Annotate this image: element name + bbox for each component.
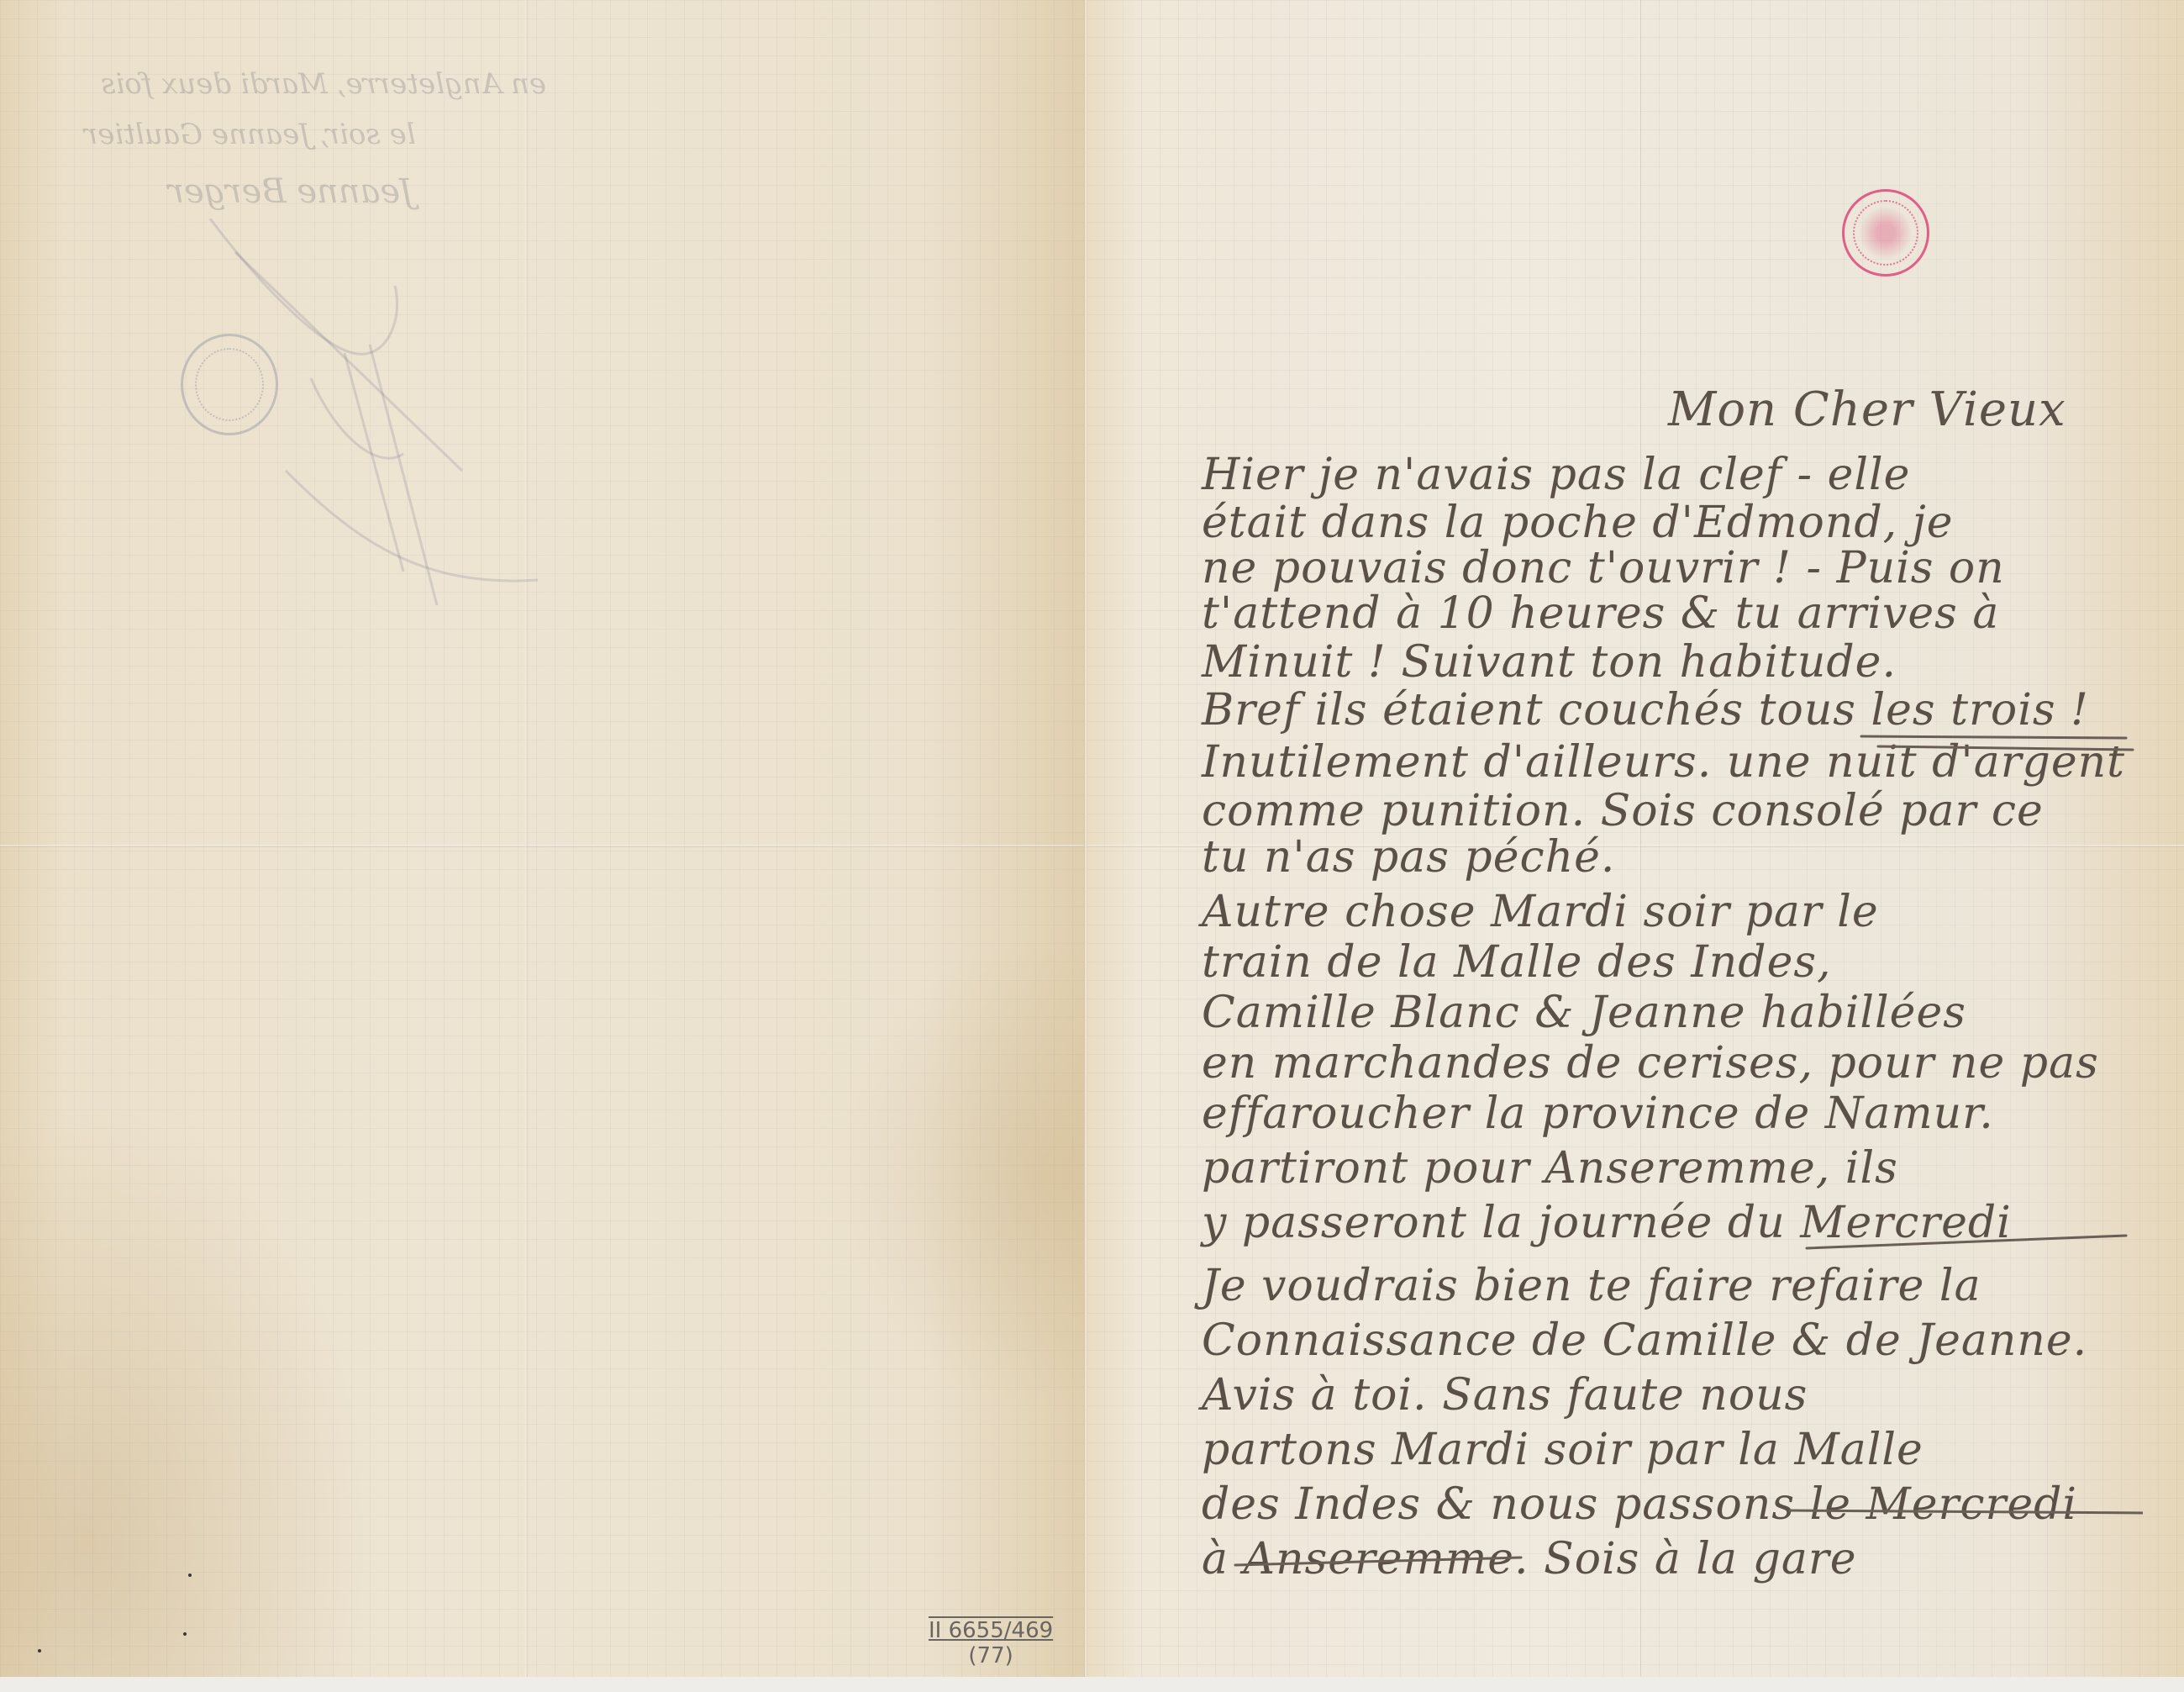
library-stamp-blue — [181, 334, 278, 435]
archive-number: II 6655/469 — [929, 1618, 1053, 1643]
show-through-signature-scrawl — [185, 219, 563, 656]
letter-line-6: Bref ils étaient couchés tous les trois … — [1202, 685, 2089, 735]
library-stamp-red — [1842, 189, 1929, 277]
letter-line-1: Hier je n'avais pas la clef - elle — [1202, 450, 1910, 500]
salutation: Mon Cher Vieux — [1668, 382, 2066, 437]
ink-speck — [183, 1632, 187, 1636]
letter-line-17: Je voudrais bien te faire refaire la — [1202, 1261, 1981, 1311]
letter-line-12: Camille Blanc & Jeanne habillées — [1202, 988, 1966, 1038]
show-through-line-1: en Angleterre, Mardi deux fois — [101, 67, 546, 101]
letter-line-15: partiront pour Anseremme, ils — [1202, 1143, 1898, 1194]
letter-line-18: Connaissance de Camille & de Jeanne. — [1202, 1315, 2087, 1366]
letter-line-4: t'attend à 10 heures & tu arrives à — [1202, 588, 1999, 639]
letter-line-3: ne pouvais donc t'ouvrir ! - Puis on — [1202, 543, 2005, 593]
scanner-bed-margin — [0, 1677, 2184, 1692]
left-page: en Angleterre, Mardi deux fois le soir, … — [0, 0, 1086, 1677]
letter-line-9: tu n'as pas péché. — [1202, 832, 1615, 883]
show-through-line-2: le soir, Jeanne Gaultier — [84, 118, 416, 151]
show-through-line-3: Jeanne Berger — [168, 172, 413, 211]
letter-line-5: Minuit ! Suivant ton habitude. — [1202, 637, 1897, 688]
ink-speck — [38, 1649, 41, 1652]
letter-line-7: Inutilement d'ailleurs. une nuit d'argen… — [1202, 737, 2125, 788]
archive-subnumber: (77) — [929, 1643, 1053, 1668]
letter-scan: en Angleterre, Mardi deux fois le soir, … — [0, 0, 2184, 1677]
letter-line-19: Avis à toi. Sans faute nous — [1202, 1370, 1808, 1421]
letter-line-16: y passeront la journée du Mercredi — [1202, 1198, 2012, 1248]
letter-line-13: en marchandes de cerises, pour ne pas — [1202, 1038, 2099, 1088]
letter-line-20: partons Mardi soir par la Malle — [1202, 1425, 1923, 1475]
letter-line-11: train de la Malle des Indes, — [1202, 937, 1832, 988]
letter-line-21: des Indes & nous passons le Mercredi — [1202, 1479, 2077, 1530]
archive-shelf-mark: II 6655/469 (77) — [929, 1618, 1053, 1668]
ink-speck — [188, 1573, 192, 1577]
letter-line-22: à Anseremme. Sois à la gare — [1202, 1534, 1857, 1584]
letter-line-8: comme punition. Sois consolé par ce — [1202, 786, 2044, 836]
horizontal-fold-crease — [0, 845, 1086, 847]
letter-line-14: effaroucher la province de Namur. — [1202, 1088, 1994, 1139]
letter-line-10: Autre chose Mardi soir par le — [1202, 887, 1879, 937]
letter-line-2: était dans la poche d'Edmond, je — [1202, 498, 1954, 548]
center-fold-spine — [1084, 0, 1087, 1677]
